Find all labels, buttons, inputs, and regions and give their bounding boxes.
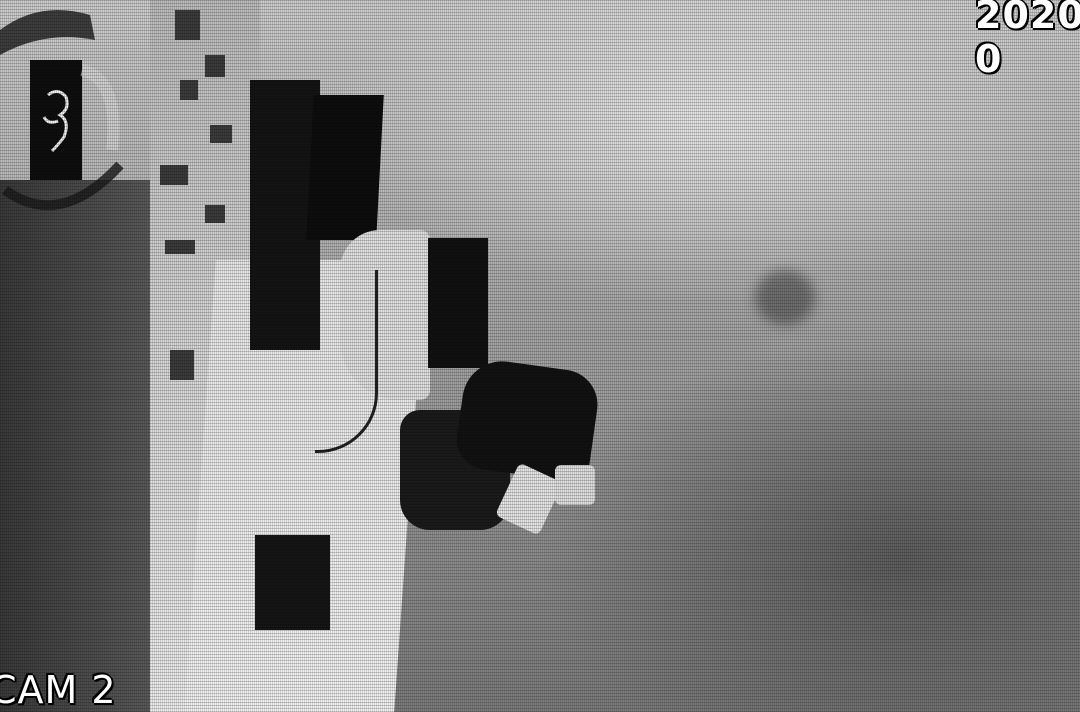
dither-noise: [0, 0, 1080, 712]
cctv-frame: 2020-0 CAM 2: [0, 0, 1080, 712]
timestamp-overlay: 2020-0: [975, 0, 1080, 81]
camera-label: CAM 2: [0, 668, 117, 712]
